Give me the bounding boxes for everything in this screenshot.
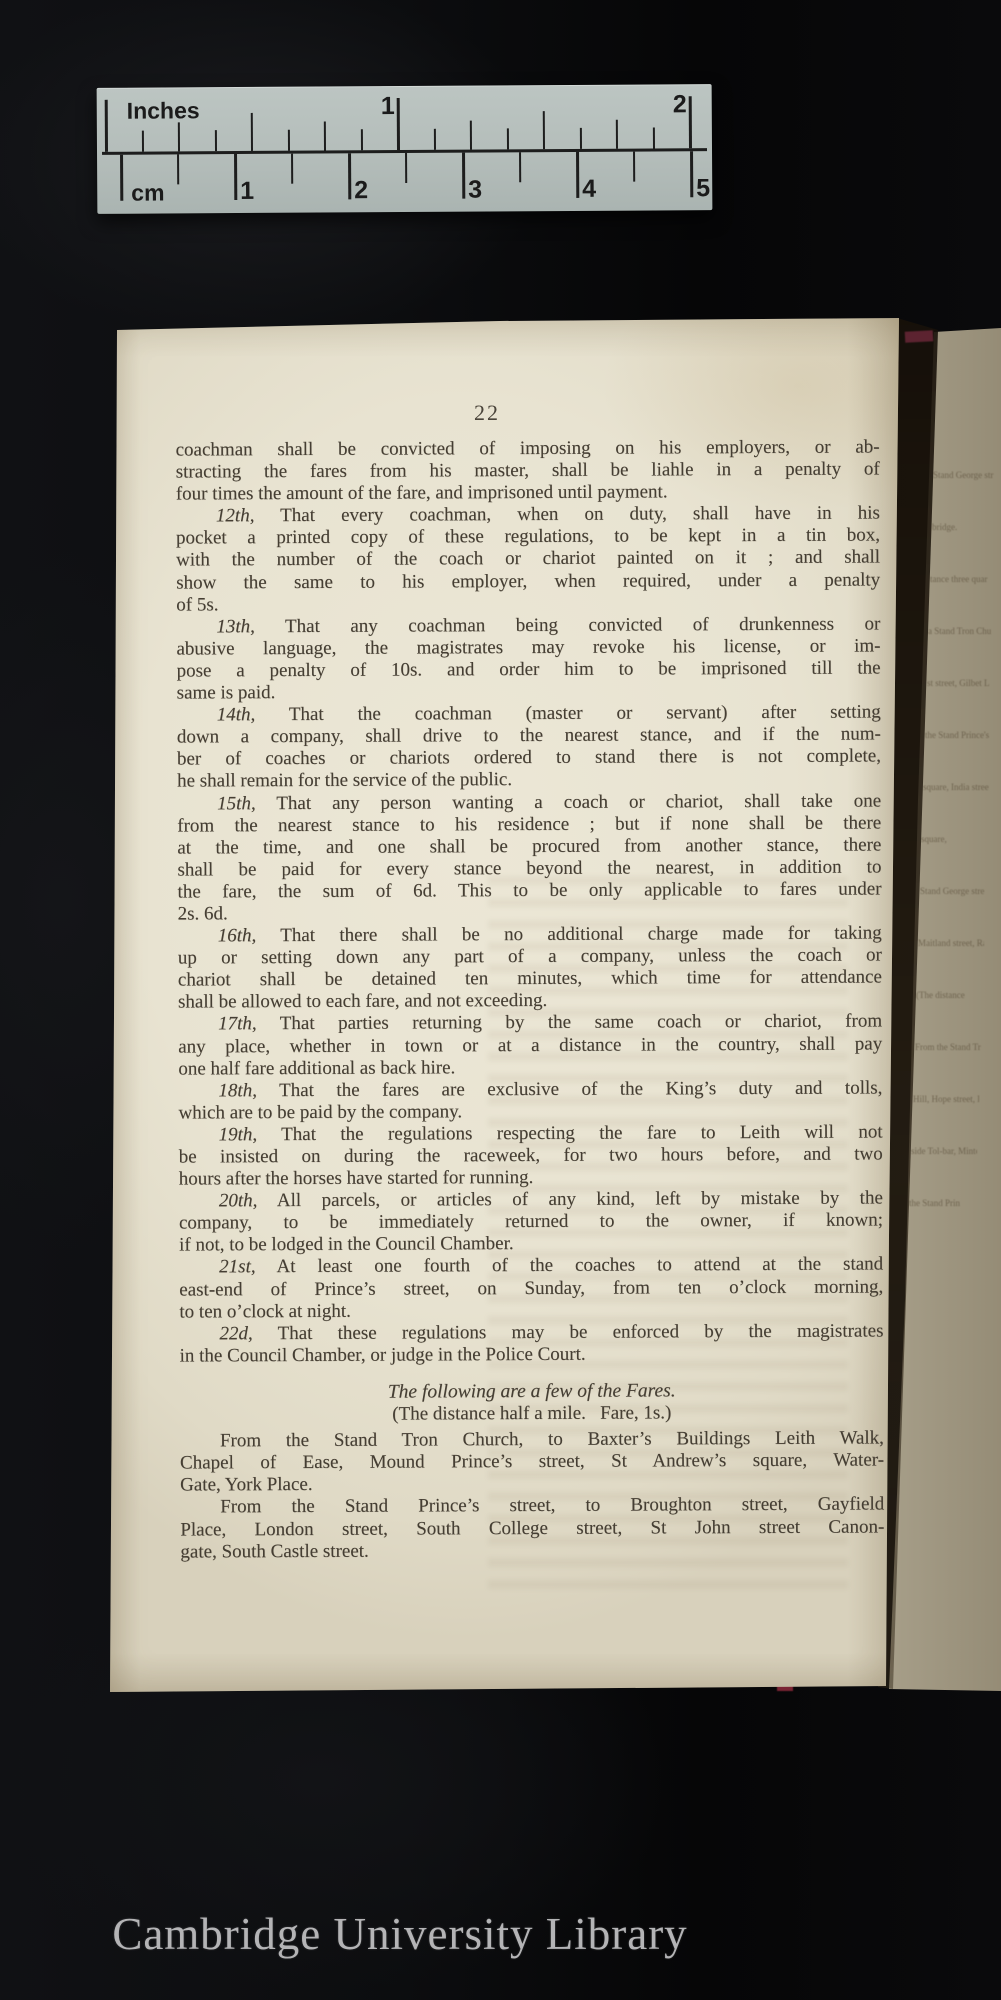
text-line: abusive language, the magistrates may re… [176,635,880,660]
ruler-tick [616,120,618,149]
edge-text-fragment: the Stand Prin [909,1198,975,1210]
text-line: to ten o’clock at night. [179,1298,883,1323]
text-line: east-end of Prince’s street, on Sunday, … [179,1276,883,1301]
edge-text-fragment: Maitland street, Rache [918,938,984,950]
text-line: down a company, shall drive to the neare… [177,724,881,749]
ruler-tick [177,154,179,184]
text-line: 19th, That the regulations respecting th… [179,1121,883,1146]
inch-number: 1 [371,92,395,121]
edge-text-fragment: bridge. [932,522,998,534]
edge-text-fragment: Hill, Hope street, He [913,1094,979,1106]
text-line: chariot shall be detained ten minutes, w… [178,967,882,992]
text-line: from the nearest stance to his residence… [177,812,881,837]
paragraph: 22d, That these regulations may be enfor… [179,1320,883,1367]
text-line: one half fare additional as back hire. [178,1055,882,1080]
fares-text: From the Stand Tron Church, to Baxter’s … [180,1428,885,1564]
regulations-text: coachman shall be convicted of imposing … [176,436,884,1367]
ruler-inches-label: Inches [127,97,200,124]
ruler-tick [519,152,521,182]
ruler-tick [105,100,108,152]
ruler-tick [214,130,216,151]
paragraph: 15th, That any person wanting a coach or… [177,790,882,926]
cm-number: 3 [468,176,482,205]
edge-text-fragment: square, India street, [923,782,989,794]
text-line: 14th, That the coachman (master or serva… [177,702,881,727]
text-line: in the Council Chamber, or judge in the … [180,1342,884,1367]
photo-stage: Stand George strbridge.tance three quara… [0,0,1001,2000]
text-line: be insisted on during the raceweek, for … [179,1143,883,1168]
ruler-tick [576,152,579,198]
cm-number: 2 [354,176,368,205]
edge-text-fragment: Stand George stre [920,886,986,898]
text-line: shall be paid for every stance beyond th… [177,856,881,881]
text-line: 22d, That these regulations may be enfor… [179,1320,883,1345]
text-line: 17th, That parties returning by the same… [178,1011,882,1036]
paragraph: 20th, All parcels, or articles of any ki… [179,1188,883,1257]
fares-note: (The distance half a mile. Fare, 1s.) [180,1401,884,1426]
ruler-tick [397,98,400,150]
text-line: company, to be immediately returned to t… [179,1210,883,1235]
edge-text-fragment: Stand George str [933,470,999,482]
ruler-tick [251,113,253,151]
text-line: 18th, That the fares are exclusive of th… [178,1077,882,1102]
text-line: pose a penalty of 10s. and order him to … [177,657,881,682]
ruler-tick [689,96,692,148]
ruler-tick [291,154,293,184]
text-line: four times the amount of the fare, and i… [176,481,880,506]
ruler-tick [579,128,581,149]
cm-number: 5 [696,174,710,203]
text-line: Gate, York Place. [180,1472,884,1497]
paragraph: 18th, That the fares are exclusive of th… [178,1077,882,1124]
text-line: hours after the horses have started for … [179,1166,883,1191]
paragraph: 19th, That the regulations respecting th… [179,1121,883,1190]
ruler-tick [470,121,472,150]
ruler-tick [141,131,143,152]
paragraph: coachman shall be convicted of imposing … [176,436,880,505]
text-line: coachman shall be convicted of imposing … [176,436,880,461]
text-line: any place, whether in town or at a dista… [178,1033,882,1058]
ruler-tick [360,129,362,150]
cm-number: 4 [582,175,596,204]
edge-text-fragment: (The distance [916,990,982,1002]
paragraph: 21st, At least one fourth of the coaches… [179,1254,883,1323]
ruler-tick [324,121,326,150]
ruler-tick [405,153,407,183]
text-line: same is paid. [177,679,881,704]
ruler-tick [234,154,237,200]
edge-text-fragment: From the Stand Tron Ch [915,1042,981,1054]
paragraph: 13th, That any coachman being convicted … [176,613,880,704]
binding-red-top [905,330,934,342]
text-line: which are to be paid by the company. [178,1099,882,1124]
ruler-tick [287,130,289,151]
text-line: if not, to be lodged in the Council Cham… [179,1232,883,1257]
text-line: From the Stand Prince’s street, to Broug… [180,1494,884,1519]
paragraph: From the Stand Tron Church, to Baxter’s … [180,1428,884,1497]
paragraph: From the Stand Prince’s street, to Broug… [180,1494,884,1563]
paragraph: 16th, That there shall be no additional … [178,923,882,1014]
ruler-tick [506,128,508,149]
text-line: gate, South Castle street. [180,1538,884,1563]
text-line: up or setting down any part of a company… [178,945,882,970]
ruler-tick [462,153,465,199]
text-line: 15th, That any person wanting a coach or… [177,790,881,815]
edge-text-fragment: the Stand Prince's str [925,730,991,742]
edge-text-fragment: st street, Gilbet L [927,678,993,690]
ruler-tick [178,122,180,151]
ruler-tick [433,129,435,150]
text-line: 13th, That any coachman being convicted … [176,613,880,638]
edge-text-fragment: side Tol-bar, Minto street [911,1146,977,1158]
ruler-tick [543,111,545,149]
text-line: 21st, At least one fourth of the coaches… [179,1254,883,1279]
paragraph: 14th, That the coachman (master or serva… [177,702,881,793]
text-line: Place, London street, South College stre… [180,1516,884,1541]
text-line: shall be allowed to each fare, and not e… [178,989,882,1014]
text-line: From the Stand Tron Church, to Baxter’s … [180,1428,884,1453]
text-line: stracting the fares from his master, sha… [176,459,880,484]
text-line: pocket a printed copy of these regulatio… [176,525,880,550]
paragraph: 12th, That every coachman, when on duty,… [176,503,880,617]
page-number: 22 [474,400,500,426]
paragraph: 17th, That parties returning by the same… [178,1011,882,1080]
edge-text-fragment: tance three quar [930,574,996,586]
text-line: show the same to his employer, when requ… [176,569,880,594]
ruler-cm-label: cm [131,179,164,206]
text-line: the fare, the sum of 6d. This to be only… [177,878,881,903]
ruler-tick [348,153,351,199]
edge-text-fragment: a Stand Tron Chu [928,626,994,638]
library-watermark: Cambridge University Library [0,1908,800,1960]
text-line: 16th, That there shall be no additional … [178,923,882,948]
page-text: coachman shall be convicted of imposing … [176,436,885,1563]
text-line: 12th, That every coachman, when on duty,… [176,503,880,528]
text-line: he shall remain for the service of the p… [177,768,881,793]
text-line: 2s. 6d. [178,900,882,925]
ruler-tick [120,155,123,201]
ruler-tick [652,127,654,148]
edge-text-fragment: square, [921,834,987,846]
text-line: with the number of the coach or chariot … [176,547,880,572]
ruler-tick [633,152,635,182]
inch-number: 2 [663,90,687,119]
ruler: Inches cm 1212345 [97,84,713,214]
text-line: at the time, and one shall be procured f… [177,834,881,859]
text-line: 20th, All parcels, or articles of any ki… [179,1188,883,1213]
book-page: 22 coachman shall be convicted of imposi… [108,316,903,1694]
fares-heading: The following are a few of the Fares. [180,1379,884,1404]
text-line: of 5s. [176,591,880,616]
text-line: ber of coaches or chariots ordered to st… [177,746,881,771]
ruler-tick [690,151,693,197]
cm-number: 1 [240,177,254,206]
text-line: Chapel of Ease, Mound Prince’s street, S… [180,1450,884,1475]
